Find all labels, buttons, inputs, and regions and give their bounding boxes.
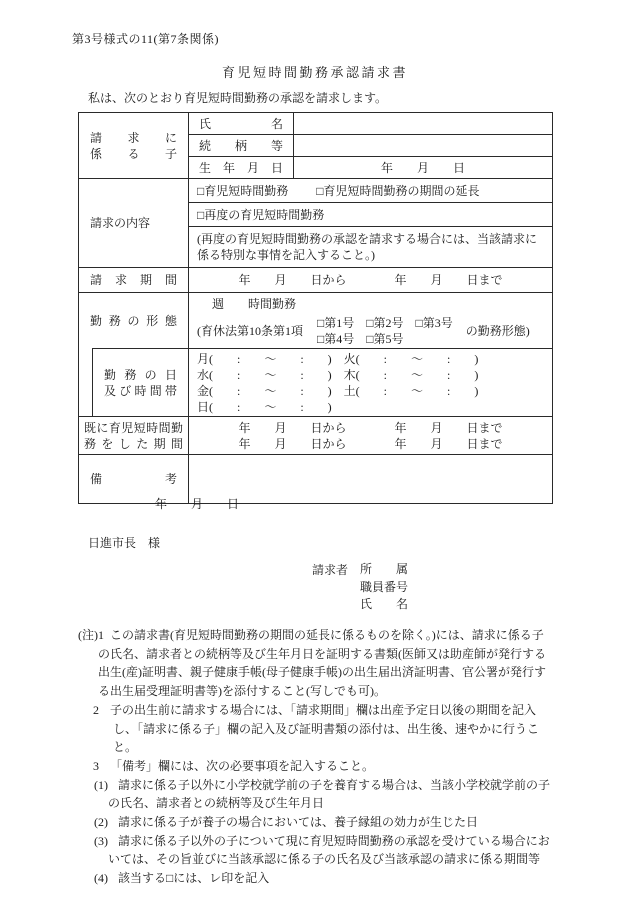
checkbox-short-time-work: □育児短時間勤務 <box>197 184 288 198</box>
requester-label: 請求者 <box>312 561 348 614</box>
field-request-period: 年 月 日から 年 月 日まで <box>189 268 553 293</box>
note-item-3-2: (2)請求に係る子が養子の場合においては、養子縁組の効力が生じた日 <box>108 813 550 832</box>
table-row: 勤務の形態 週 時間勤務 (育休法第10条第1項 □第1号 □第2号 □第3号 … <box>79 293 553 349</box>
requester-affiliation: 所属 <box>360 561 408 579</box>
label-child-line2: 係る子 <box>90 146 177 162</box>
label-work-form: 勤務の形態 <box>79 293 189 349</box>
page-title: 育児短時間勤務承認請求書 <box>0 62 630 81</box>
addressee: 日進市長 様 <box>88 534 160 551</box>
field-relationship <box>294 135 553 157</box>
work-days-line: 日( : ～ : ) <box>197 399 544 415</box>
request-content-note: (再度の育児短時間勤務の承認を請求する場合には、当該請求に係る特別な事情を記入す… <box>189 227 553 268</box>
field-birthdate: 年 月 日 <box>294 157 553 179</box>
table-row: 請求に 係る子 氏名 <box>79 113 553 135</box>
label-birthdate: 生年月日 <box>189 157 294 179</box>
note-item-3: 3「備考」欄には、次の必要事項を記入すること。 <box>113 757 550 776</box>
work-days-line: 水( : ～ : ) 木( : ～ : ) <box>197 367 544 383</box>
field-past-period: 年 月 日から 年 月 日まで 年 月 日から 年 月 日まで <box>189 417 553 455</box>
past-period-line: 年 月 日から 年 月 日まで <box>197 420 544 436</box>
checkbox-items-4-5: □第4号 □第5号 <box>317 331 453 347</box>
label-past-period: 既に育児短時間勤 務をした期間 <box>79 417 189 455</box>
note-item-3-4: (4)該当する□には、レ印を記入 <box>108 869 550 888</box>
checkbox-period-extension: □育児短時間勤務の期間の延長 <box>316 184 479 198</box>
label-request-content: 請求の内容 <box>79 179 189 268</box>
work-days-line: 金( : ～ : ) 土( : ～ : ) <box>197 383 544 399</box>
checkbox-repeat-short-time: □再度の育児短時間勤務 <box>189 203 553 227</box>
request-content-options-1: □育児短時間勤務□育児短時間勤務の期間の延長 <box>189 179 553 203</box>
field-remarks <box>189 455 553 504</box>
intro-sentence: 私は、次のとおり育児短時間勤務の承認を請求します。 <box>88 89 387 106</box>
label-child: 請求に 係る子 <box>79 113 189 179</box>
checkbox-items-1-2-3: □第1号 □第2号 □第3号 <box>317 315 453 331</box>
label-child-name: 氏名 <box>189 113 294 135</box>
label-child-line1: 請求に <box>90 130 177 146</box>
table-row: 請求の内容 □育児短時間勤務□育児短時間勤務の期間の延長 <box>79 179 553 203</box>
label-request-period: 請求期間 <box>79 268 189 293</box>
note-item-1: (注)1この請求書(育児短時間勤務の期間の延長に係るものを除く。)には、請求に係… <box>98 626 550 701</box>
request-form-table: 請求に 係る子 氏名 続柄等 生年月日 年 月 日 請求の内容 □育児短時間勤務… <box>78 112 553 504</box>
note-item-3-1: (1)請求に係る子以外に小学校就学前の子を養育する場合は、当該小学校就学前の子の… <box>108 776 550 813</box>
table-row: 既に育児短時間勤 務をした期間 年 月 日から 年 月 日まで 年 月 日から … <box>79 417 553 455</box>
requester-fields: 所属 職員番号 氏名 <box>360 561 408 614</box>
table-row: 請求期間 年 月 日から 年 月 日まで <box>79 268 553 293</box>
work-form-paren-open: (育休法第10条第1項 <box>197 323 303 339</box>
requester-employee-number: 職員番号 <box>360 579 408 597</box>
past-period-line: 年 月 日から 年 月 日まで <box>197 436 544 452</box>
table-row: 備考 <box>79 455 553 504</box>
note-item-2: 2子の出生前に請求する場合には、「請求期間」欄は出産予定日以後の期間を記入し、「… <box>113 701 550 757</box>
label-relationship: 続柄等 <box>189 135 294 157</box>
requester-name: 氏名 <box>360 596 408 614</box>
form-page: 第3号様式の11(第7条関係) 育児短時間勤務承認請求書 私は、次のとおり育児短… <box>0 0 630 903</box>
work-form-paren-close: の勤務形態) <box>466 323 530 339</box>
work-form-checkboxes: □第1号 □第2号 □第3号 □第4号 □第5号 <box>317 315 453 347</box>
notes-section: (注)1この請求書(育児短時間勤務の期間の延長に係るものを除く。)には、請求に係… <box>78 626 550 888</box>
submission-date: 年 月 日 <box>155 495 239 512</box>
requester-block: 請求者 所属 職員番号 氏名 <box>312 561 408 614</box>
work-days-line: 月( : ～ : ) 火( : ～ : ) <box>197 351 544 367</box>
field-work-days: 月( : ～ : ) 火( : ～ : ) 水( : ～ : ) 木( : ～ … <box>189 349 553 417</box>
field-child-name <box>294 113 553 135</box>
table-row: 勤務の日 及び時間帯 月( : ～ : ) 火( : ～ : ) 水( : ～ … <box>79 349 553 417</box>
work-form-hours: 週 時間勤務 <box>197 294 544 312</box>
label-work-days: 勤務の日 及び時間帯 <box>93 349 189 417</box>
form-id: 第3号様式の11(第7条関係) <box>72 30 219 47</box>
note-item-3-3: (3)請求に係る子以外の子について現に育児短時間勤務の承認を受けている場合におい… <box>108 832 550 869</box>
work-form-law: (育休法第10条第1項 □第1号 □第2号 □第3号 □第4号 □第5号 の勤務… <box>197 315 544 347</box>
field-work-form: 週 時間勤務 (育休法第10条第1項 □第1号 □第2号 □第3号 □第4号 □… <box>189 293 553 349</box>
spacer-cell <box>79 349 93 417</box>
